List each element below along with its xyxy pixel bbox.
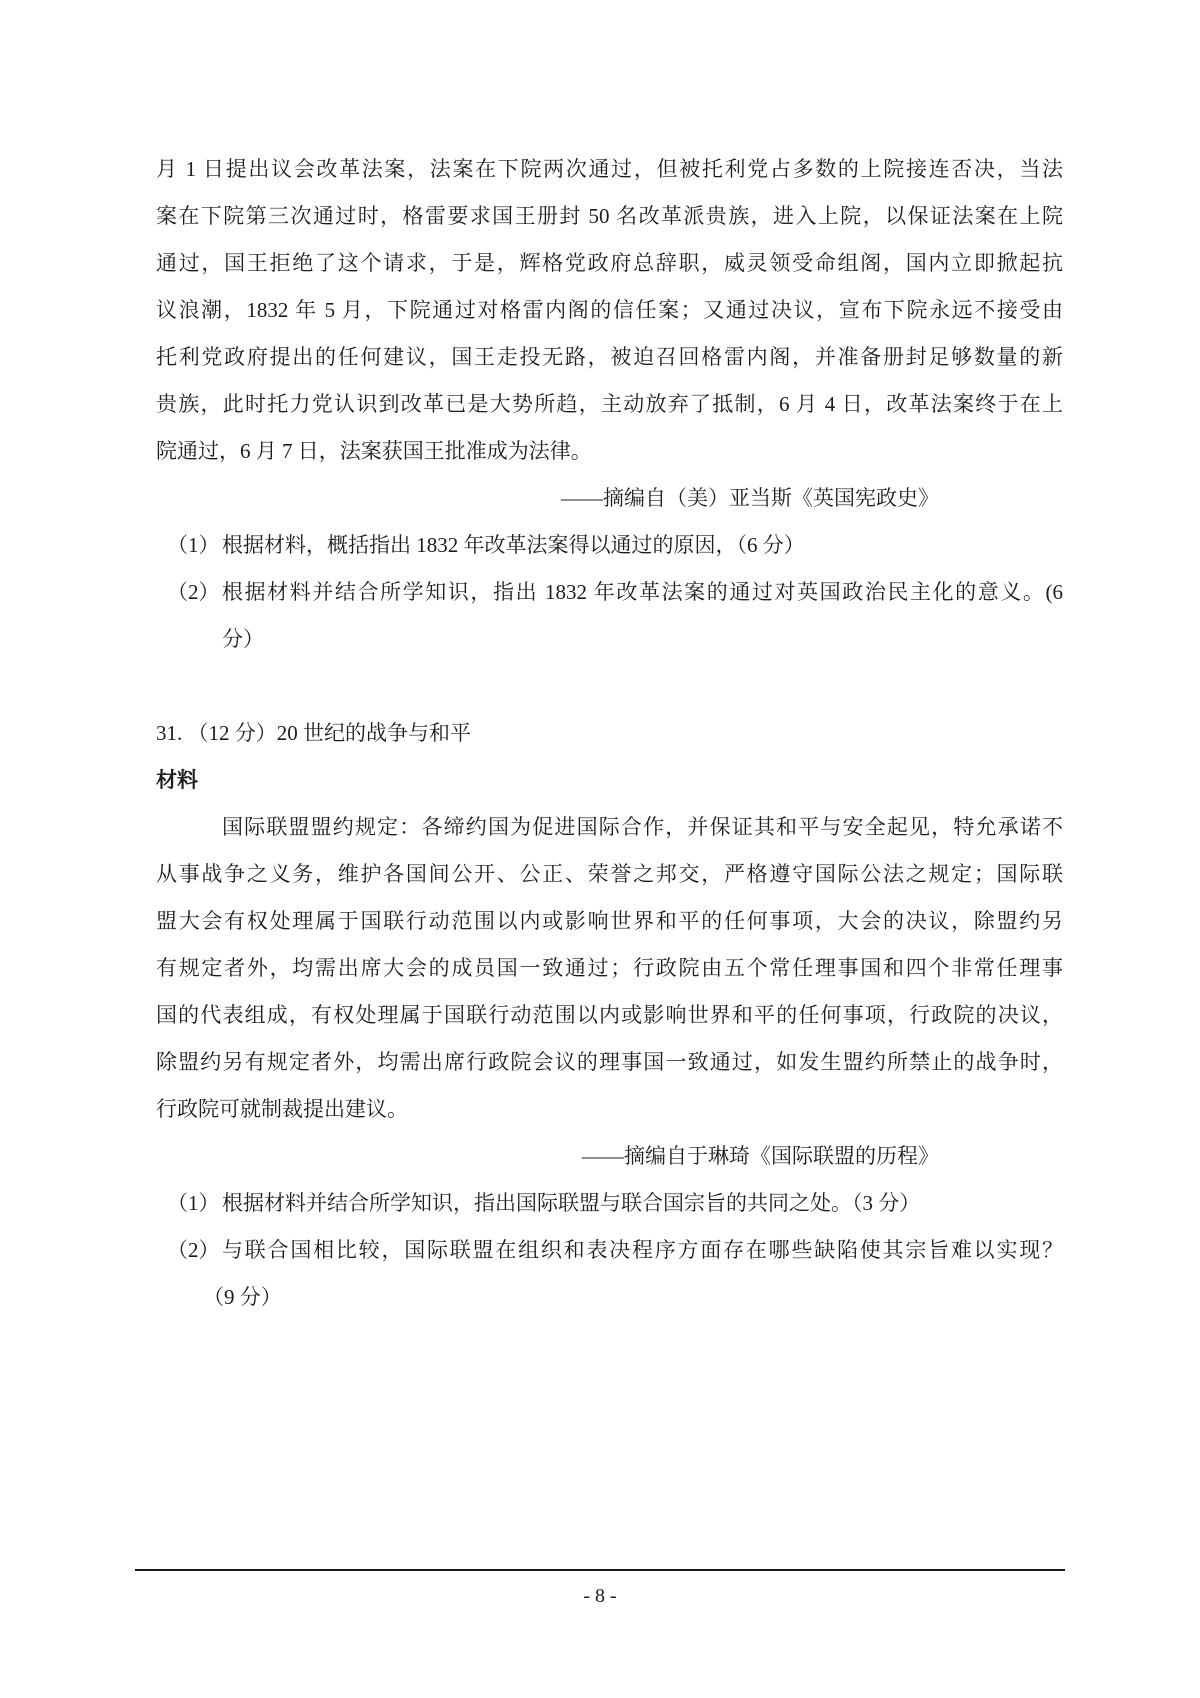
sub-question-text: 根据材料，概括指出 1832 年改革法案得以通过的原因，（6 分） [222,522,1063,569]
paragraph-line: 院通过，6 月 7 日，法案获国王批准成为法律。 [156,428,1063,475]
q30-sub-question-2: （2） 根据材料并结合所学知识，指出 1832 年改革法案的通过对英国政治民主化… [156,569,1063,663]
paragraph-line: 案在下院第三次通过时，格雷要求国王册封 50 名改革派贵族，进入上院，以保证法案… [156,193,1063,240]
footer-rule: - 8 - [135,1569,1065,1606]
page-content: 月 1 日提出议会改革法案，法案在下院两次通过，但被托利党占多数的上院接连否决，… [156,0,1063,1321]
q31-material-paragraph: 国际联盟盟约规定：各缔约国为促进国际合作，并保证其和平与安全起见，特允承诺不 从… [156,804,1063,1133]
sub-question-number: （1） [156,1180,222,1227]
sub-question-number: （1） [156,522,222,569]
q31-source-attribution: ——摘编自于琳琦《国际联盟的历程》 [156,1133,1063,1180]
sub-question-number: （2） [156,569,222,616]
sub-question-number: （2） [156,1227,222,1274]
q31-heading: 31. （12 分）20 世纪的战争与和平 [156,710,1063,757]
paragraph-line: 国际联盟盟约规定：各缔约国为促进国际合作，并保证其和平与安全起见，特允承诺不 [156,804,1063,851]
paragraph-line: 议浪潮，1832 年 5 月，下院通过对格雷内阁的信任案；又通过决议，宣布下院永… [156,287,1063,334]
paragraph-line: 贵族，此时托力党认识到改革已是大势所趋，主动放弃了抵制，6 月 4 日，改革法案… [156,381,1063,428]
q30-sub-question-1: （1） 根据材料，概括指出 1832 年改革法案得以通过的原因，（6 分） [156,522,1063,569]
sub-question-text: 根据材料并结合所学知识，指出国际联盟与联合国宗旨的共同之处。（3 分） [222,1180,1063,1227]
paragraph-line: 有规定者外，均需出席大会的成员国一致通过；行政院由五个常任理事国和四个非常任理事 [156,945,1063,992]
q31-sub-question-1: （1） 根据材料并结合所学知识，指出国际联盟与联合国宗旨的共同之处。（3 分） [156,1180,1063,1227]
material-label: 材料 [156,757,1063,804]
sub-question-text: 根据材料并结合所学知识，指出 1832 年改革法案的通过对英国政治民主化的意义。… [222,569,1063,616]
paragraph-line: 从事战争之义务，维护各国间公开、公正、荣誉之邦交，严格遵守国际公法之规定；国际联 [156,851,1063,898]
paragraph-line: 行政院可就制裁提出建议。 [156,1086,1063,1133]
paragraph-line: 通过，国王拒绝了这个请求，于是，辉格党政府总辞职，威灵领受命组阁，国内立即掀起抗 [156,240,1063,287]
exam-paper-page: 月 1 日提出议会改革法案，法案在下院两次通过，但被托利党占多数的上院接连否决，… [0,0,1200,1698]
paragraph-line: 托利党政府提出的任何建议，国王走投无路，被迫召回格雷内阁，并准备册封足够数量的新 [156,334,1063,381]
q30-material-paragraph: 月 1 日提出议会改革法案，法案在下院两次通过，但被托利党占多数的上院接连否决，… [156,146,1063,475]
q30-source-attribution: ——摘编自（美）亚当斯《英国宪政史》 [156,475,1063,522]
blank-line [156,663,1063,710]
q31-sub-question-2: （2） 与联合国相比较，国际联盟在组织和表决程序方面存在哪些缺陷使其宗旨难以实现… [156,1227,1063,1321]
paragraph-line: 盟大会有权处理属于国联行动范围以内或影响世界和平的任何事项，大会的决议，除盟约另 [156,898,1063,945]
sub-question-text: 与联合国相比较，国际联盟在组织和表决程序方面存在哪些缺陷使其宗旨难以实现？ [222,1227,1063,1274]
paragraph-line: 月 1 日提出议会改革法案，法案在下院两次通过，但被托利党占多数的上院接连否决，… [156,146,1063,193]
paragraph-line: 国的代表组成，有权处理属于国联行动范围以内或影响世界和平的任何事项，行政院的决议… [156,992,1063,1039]
paragraph-line: 除盟约另有规定者外，均需出席行政院会议的理事国一致通过，如发生盟约所禁止的战争时… [156,1039,1063,1086]
sub-question-text: 分） [222,616,1063,663]
sub-question-text: （9 分） [203,1274,1063,1321]
page-number: - 8 - [135,1571,1065,1606]
